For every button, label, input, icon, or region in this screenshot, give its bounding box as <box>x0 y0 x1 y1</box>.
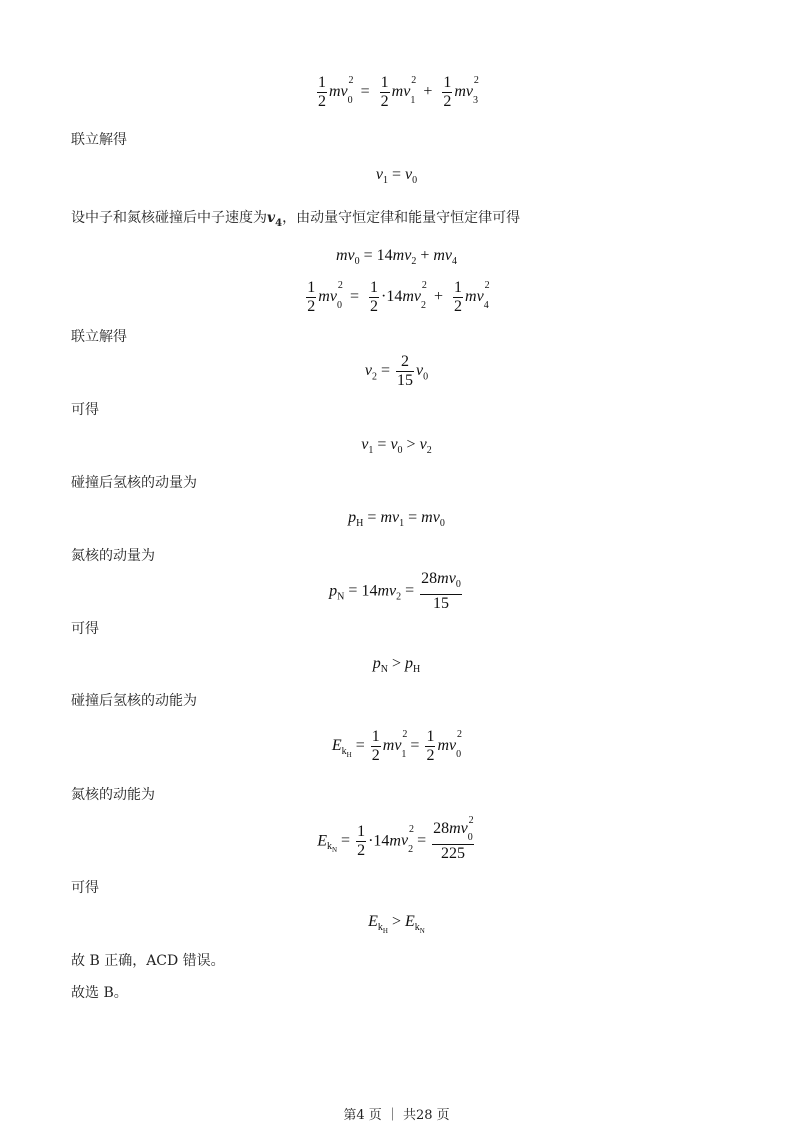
paragraph-hydrogen-kinetic-label: 碰撞后氢核的动能为 <box>71 692 197 710</box>
equation-energy-conservation-1: 12mv20 = 12mv21 + 12mv23 <box>0 74 793 111</box>
equation-hydrogen-kinetic-energy: EkH=12mv21=12mv20 <box>0 728 793 765</box>
equation-kinetic-comparison: EkH>EkN <box>0 913 793 935</box>
page-footer: 第4 页 ｜ 共28 页 <box>0 1104 793 1122</box>
equation-v2-value: v2=215v0 <box>0 353 793 390</box>
equation-v1-equals-v0: v1=v0 <box>0 166 793 186</box>
paragraph-therefore-3: 可得 <box>71 879 99 897</box>
equation-nitrogen-momentum: pN=14mv2=28mv015 <box>0 570 793 613</box>
paragraph-neutron-nitrogen-setup: 设中子和氮核碰撞后中子速度为v4，由动量守恒定律和能量守恒定律可得 <box>71 209 520 233</box>
paragraph-therefore-1: 可得 <box>71 401 99 419</box>
paragraph-answer: 故选 B。 <box>71 984 128 1002</box>
paragraph-solve-jointly: 联立解得 <box>71 131 127 149</box>
paragraph-therefore-2: 可得 <box>71 620 99 638</box>
equation-velocity-comparison: v1=v0>v2 <box>0 436 793 456</box>
paragraph-nitrogen-momentum-label: 氮核的动量为 <box>71 547 155 565</box>
equation-nitrogen-kinetic-energy: EkN=12·14mv22=28mv20225 <box>0 820 793 863</box>
paragraph-hydrogen-momentum-label: 碰撞后氢核的动量为 <box>71 474 197 492</box>
equation-momentum-comparison: pN>pH <box>0 655 793 675</box>
equation-energy-conservation-2: 12mv20 = 12·14mv22 + 12mv24 <box>0 279 793 316</box>
equation-momentum-conservation: mv0=14mv2+mv4 <box>0 247 793 267</box>
equation-hydrogen-momentum: pH=mv1=mv0 <box>0 509 793 529</box>
paragraph-nitrogen-kinetic-label: 氮核的动能为 <box>71 786 155 804</box>
paragraph-conclusion: 故 B 正确，ACD 错误。 <box>71 952 225 970</box>
paragraph-solve-jointly-2: 联立解得 <box>71 328 127 346</box>
